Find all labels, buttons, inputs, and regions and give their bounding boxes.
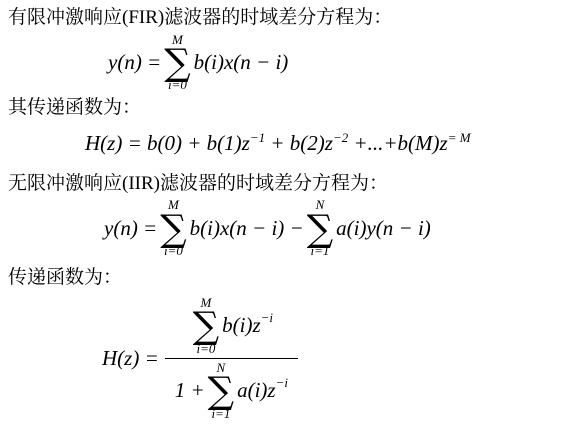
- fir-heading: 有限冲激响应(FIR)滤波器的时域差分方程为：: [8, 6, 565, 31]
- numerator-sum: M ∑ i=0: [193, 296, 219, 356]
- sum-lower-limit: i=1: [310, 244, 329, 258]
- sigma-symbol: ∑: [208, 375, 234, 406]
- sigma-symbol: ∑: [193, 310, 219, 341]
- numerator-exponent: −i: [261, 310, 273, 326]
- iir-diff-rhs: a(i)y(n − i): [336, 216, 431, 241]
- sigma-symbol: ∑: [307, 213, 333, 244]
- iir-heading: 无限冲激响应(IIR)滤波器的时域差分方程为：: [8, 172, 565, 197]
- fir-tf-exponent-1: −1: [250, 130, 265, 146]
- sum-lower-limit: i=0: [164, 244, 183, 258]
- denominator-expr: a(i)z: [237, 378, 276, 403]
- sum-lower-limit: i=0: [196, 342, 215, 356]
- fir-difference-equation: y(n) = M ∑ i=0 b(i)x(n − i): [108, 33, 565, 93]
- iir-diff-lhs: y(n) =: [104, 216, 157, 241]
- fraction: M ∑ i=0 b(i)z −i 1 + N ∑ i=1 a(i)z −i: [165, 294, 298, 423]
- numerator-expr: b(i)z: [222, 313, 261, 338]
- fir-tf-mid-2: +...+b(M)z: [348, 131, 448, 155]
- fir-diff-sum: M ∑ i=0: [164, 33, 190, 93]
- iir-diff-sum-1: M ∑ i=0: [160, 198, 186, 258]
- fir-tf-exponent-2: −2: [333, 130, 348, 146]
- sum-lower-limit: i=0: [168, 78, 187, 92]
- iir-tf-heading: 传递函数为：: [8, 266, 565, 291]
- document-page: 有限冲激响应(FIR)滤波器的时域差分方程为： y(n) = M ∑ i=0 b…: [0, 0, 565, 440]
- fraction-numerator: M ∑ i=0 b(i)z −i: [165, 294, 298, 358]
- denominator-exponent: −i: [276, 375, 288, 391]
- iir-diff-sum-2: N ∑ i=1: [307, 198, 333, 258]
- iir-transfer-function: H(z) = M ∑ i=0 b(i)z −i 1 + N ∑ i=1 a(i)…: [102, 294, 565, 423]
- fir-tf-heading: 其传递函数为：: [8, 96, 565, 121]
- fir-diff-rhs: b(i)x(n − i): [194, 50, 289, 75]
- sigma-symbol: ∑: [160, 213, 186, 244]
- denominator-sum: N ∑ i=1: [208, 361, 234, 421]
- fir-tf-head: H(z) = b(0) + b(1)z: [85, 131, 250, 155]
- fir-tf-exponent-M: = M: [448, 130, 471, 146]
- fir-tf-mid-1: + b(2)z: [265, 131, 333, 155]
- denominator-pre: 1 +: [175, 378, 205, 403]
- iir-tf-lhs: H(z) =: [102, 346, 159, 371]
- sum-lower-limit: i=1: [211, 407, 230, 421]
- iir-diff-mid: b(i)x(n − i) −: [190, 216, 304, 241]
- sigma-symbol: ∑: [164, 47, 190, 78]
- fraction-denominator: 1 + N ∑ i=1 a(i)z −i: [165, 358, 298, 423]
- iir-difference-equation: y(n) = M ∑ i=0 b(i)x(n − i) − N ∑ i=1 a(…: [104, 198, 565, 258]
- fir-diff-lhs: y(n) =: [108, 50, 161, 75]
- fir-transfer-function: H(z) = b(0) + b(1)z−1 + b(2)z−2 +...+b(M…: [85, 131, 565, 156]
